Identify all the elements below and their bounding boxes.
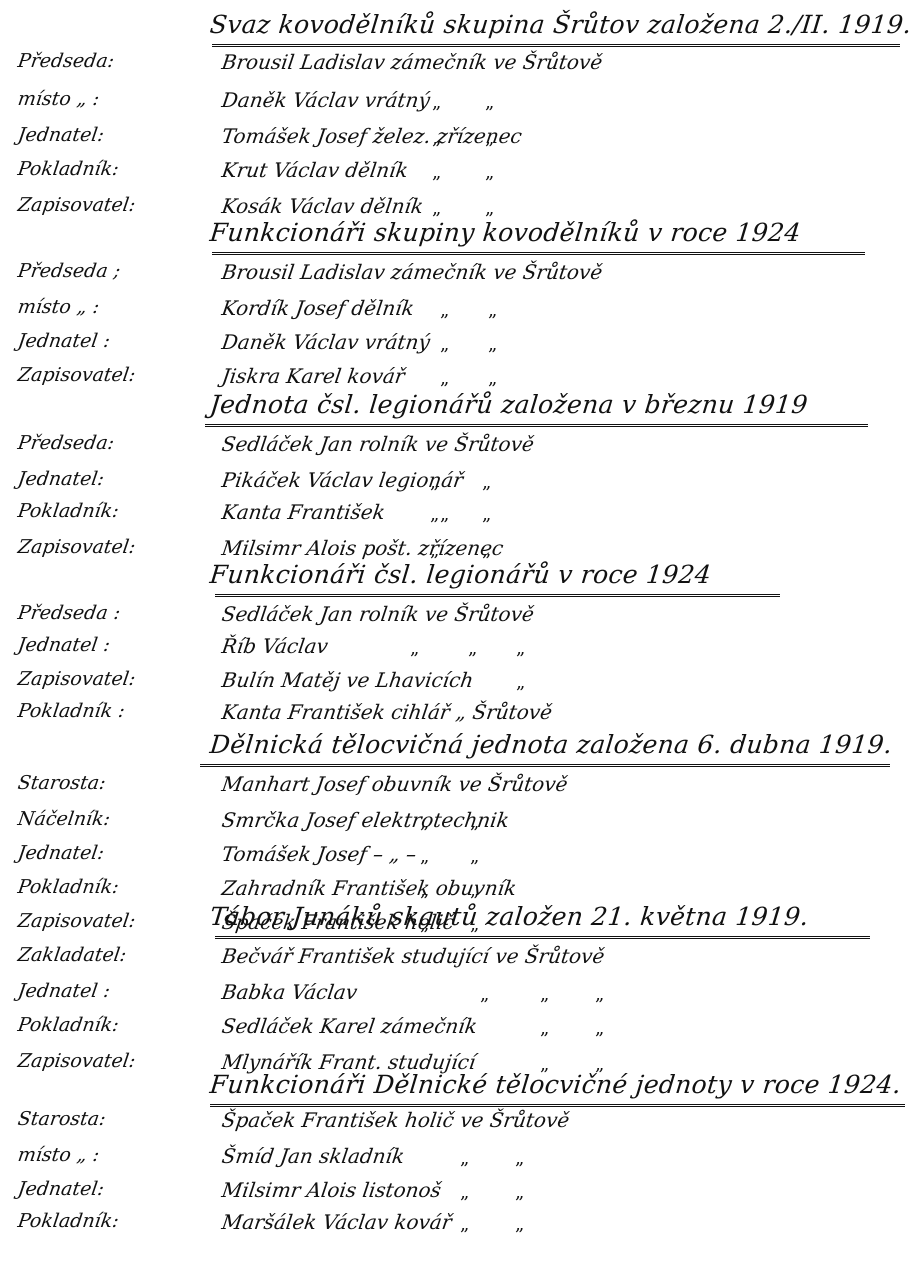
officer-entry: Milsimr Alois listonoš xyxy=(220,1178,442,1202)
officer-row: Zakladatel:Bečvář František studující ve… xyxy=(0,944,914,980)
ditto-mark: „ xyxy=(460,1214,469,1235)
ditto-mark: „ xyxy=(420,846,429,867)
officer-entry: Kordík Josef dělník xyxy=(220,296,415,320)
officer-row: Předseda:Brousil Ladislav zámečník ve Šr… xyxy=(0,50,914,86)
role-label: Předseda : xyxy=(16,602,189,624)
ditto-mark: „ xyxy=(515,1182,524,1203)
role-label: Jednatel: xyxy=(16,124,189,146)
officer-row: Jednatel:Tomášek Josef želez. zřízenec„„ xyxy=(0,124,914,160)
ditto-mark: „ xyxy=(488,368,497,389)
officer-row: Jednatel :Babka Václav„„„ xyxy=(0,980,914,1016)
ditto-mark: „ xyxy=(440,300,449,321)
officer-entry: Sedláček Jan rolník ve Šrůtově xyxy=(220,602,535,626)
role-label: Předseda: xyxy=(16,432,189,454)
role-label: Zapisovatel: xyxy=(16,536,189,558)
role-label: Jednatel: xyxy=(16,468,189,490)
section-heading: Tábor Junáků skautů založen 21. května 1… xyxy=(208,902,810,931)
ditto-mark: „ xyxy=(468,638,477,659)
ditto-mark: „ xyxy=(515,1214,524,1235)
ditto-mark: „ xyxy=(470,846,479,867)
ditto-mark: „ xyxy=(410,638,419,659)
officer-row: Jednatel:Tomášek Josef – „ –„„ xyxy=(0,842,914,878)
officer-entry: Jiskra Karel kovář xyxy=(220,364,406,388)
ditto-mark: „ xyxy=(432,92,441,113)
ditto-mark: „ xyxy=(485,162,494,183)
ditto-mark: „ xyxy=(485,92,494,113)
ditto-mark: „ xyxy=(460,1182,469,1203)
heading-underline xyxy=(215,594,780,600)
ditto-mark: „ xyxy=(482,540,491,561)
role-label: místo „ : xyxy=(16,1144,189,1166)
officer-entry: Tomášek Josef želez. zřízenec xyxy=(220,124,523,148)
role-label: místo „ : xyxy=(16,88,189,110)
role-label: Pokladník : xyxy=(16,700,189,722)
officer-entry: Daněk Václav vrátný xyxy=(220,88,431,112)
ditto-mark: „ xyxy=(540,1018,549,1039)
officer-entry: Říb Václav xyxy=(220,634,329,658)
role-label: Zapisovatel: xyxy=(16,194,189,216)
officer-entry: Bulín Matěj ve Lhavicích xyxy=(220,668,475,692)
role-label: Zapisovatel: xyxy=(16,910,189,932)
ditto-mark: „ xyxy=(540,984,549,1005)
ditto-mark: „ xyxy=(470,880,479,901)
ditto-mark: „ xyxy=(420,812,429,833)
officer-entry: Sedláček Karel zámečník xyxy=(220,1014,478,1038)
ditto-mark: „ xyxy=(482,472,491,493)
officer-entry: Brousil Ladislav zámečník ve Šrůtově xyxy=(220,50,604,74)
role-label: Zapisovatel: xyxy=(16,1050,189,1072)
ditto-mark: „ xyxy=(485,198,494,219)
role-label: Zapisovatel: xyxy=(16,364,189,386)
officer-row: Zapisovatel:Bulín Matěj ve Lhavicích„ xyxy=(0,668,914,704)
officer-row: Náčelník:Smrčka Josef elektrotechnik„„ xyxy=(0,808,914,844)
section-heading: Funkcionáři Dělnické tělocvičné jednoty … xyxy=(208,1070,902,1099)
role-label: Zapisovatel: xyxy=(16,668,189,690)
role-label: Starosta: xyxy=(16,772,189,794)
ditto-mark: „ xyxy=(440,368,449,389)
role-label: Jednatel: xyxy=(16,1178,189,1200)
role-label: Starosta: xyxy=(16,1108,189,1130)
ditto-mark: „ xyxy=(420,880,429,901)
handwritten-page: Svaz kovodělníků skupina Šrůtov založena… xyxy=(0,0,914,1280)
officer-entry: Špaček František holič ve Šrůtově xyxy=(220,1108,571,1132)
officer-entry: Šmíd Jan skladník xyxy=(220,1144,406,1168)
role-label: Pokladník: xyxy=(16,500,189,522)
officer-row: Jednatel :Daněk Václav vrátný„„ xyxy=(0,330,914,366)
officer-entry: Pikáček Václav legionář xyxy=(220,468,464,492)
officer-row: Předseda:Sedláček Jan rolník ve Šrůtově xyxy=(0,432,914,468)
role-label: místo „ : xyxy=(16,296,189,318)
officer-entry: Kosák Václav dělník xyxy=(220,194,425,218)
officer-row: Jednatel:Milsimr Alois listonoš„„ xyxy=(0,1178,914,1214)
officer-row: místo „ :Kordík Josef dělník„„ xyxy=(0,296,914,332)
section-heading: Funkcionáři skupiny kovodělníků v roce 1… xyxy=(208,218,802,247)
officer-row: Pokladník:Kanta František„„„ xyxy=(0,500,914,536)
officer-entry: Tomášek Josef – „ – xyxy=(220,842,418,866)
heading-underline xyxy=(212,252,865,258)
ditto-mark: „ xyxy=(482,504,491,525)
officer-entry: Kanta František cihlář „ Šrůtově xyxy=(220,700,553,724)
ditto-mark: „ xyxy=(515,1148,524,1169)
ditto-mark: „ xyxy=(430,472,439,493)
role-label: Jednatel : xyxy=(16,330,189,352)
role-label: Jednatel : xyxy=(16,634,189,656)
ditto-mark: „ xyxy=(430,540,439,561)
ditto-mark: „ xyxy=(440,504,449,525)
officer-row: Předseda ;Brousil Ladislav zámečník ve Š… xyxy=(0,260,914,296)
officer-entry: Milsimr Alois pošt. zřízenec xyxy=(220,536,505,560)
officer-row: Jednatel :Říb Václav„„„ xyxy=(0,634,914,670)
officer-entry: Babka Václav xyxy=(220,980,359,1004)
ditto-mark: „ xyxy=(488,334,497,355)
role-label: Pokladník: xyxy=(16,158,189,180)
role-label: Předseda: xyxy=(16,50,189,72)
ditto-mark: „ xyxy=(488,300,497,321)
section-heading: Jednota čsl. legionářů založena v březnu… xyxy=(208,390,809,419)
heading-underline xyxy=(215,936,870,942)
ditto-mark: „ xyxy=(470,812,479,833)
section-heading: Svaz kovodělníků skupina Šrůtov založena… xyxy=(208,10,913,39)
officer-row: Pokladník:Maršálek Václav kovář„„ xyxy=(0,1210,914,1246)
role-label: Pokladník: xyxy=(16,876,189,898)
officer-row: Starosta:Špaček František holič ve Šrůto… xyxy=(0,1108,914,1144)
heading-underline xyxy=(205,424,868,430)
ditto-mark: „ xyxy=(430,504,439,525)
role-label: Jednatel : xyxy=(16,980,189,1002)
ditto-mark: „ xyxy=(440,334,449,355)
officer-entry: Bečvář František studující ve Šrůtově xyxy=(220,944,606,968)
officer-entry: Smrčka Josef elektrotechnik xyxy=(220,808,510,832)
officer-entry: Brousil Ladislav zámečník ve Šrůtově xyxy=(220,260,604,284)
officer-row: místo „ :Daněk Václav vrátný„„ xyxy=(0,88,914,124)
ditto-mark: „ xyxy=(432,162,441,183)
ditto-mark: „ xyxy=(460,1148,469,1169)
role-label: Náčelník: xyxy=(16,808,189,830)
ditto-mark: „ xyxy=(595,1018,604,1039)
officer-row: Starosta:Manhart Josef obuvník ve Šrůtov… xyxy=(0,772,914,808)
role-label: Jednatel: xyxy=(16,842,189,864)
officer-row: Jednatel:Pikáček Václav legionář„„ xyxy=(0,468,914,504)
officer-entry: Sedláček Jan rolník ve Šrůtově xyxy=(220,432,535,456)
officer-row: místo „ :Šmíd Jan skladník„„ xyxy=(0,1144,914,1180)
ditto-mark: „ xyxy=(516,672,525,693)
officer-entry: Daněk Václav vrátný xyxy=(220,330,431,354)
ditto-mark: „ xyxy=(516,638,525,659)
role-label: Pokladník: xyxy=(16,1014,189,1036)
role-label: Zakladatel: xyxy=(16,944,189,966)
officer-row: Předseda :Sedláček Jan rolník ve Šrůtově xyxy=(0,602,914,638)
section-heading: Funkcionáři čsl. legionářů v roce 1924 xyxy=(208,560,712,589)
ditto-mark: „ xyxy=(432,128,441,149)
ditto-mark: „ xyxy=(432,198,441,219)
officer-row: Pokladník:Krut Václav dělník„„ xyxy=(0,158,914,194)
ditto-mark: „ xyxy=(480,984,489,1005)
officer-entry: Maršálek Václav kovář xyxy=(220,1210,453,1234)
section-heading: Dělnická tělocvičná jednota založena 6. … xyxy=(208,730,893,759)
officer-row: Pokladník:Sedláček Karel zámečník„„ xyxy=(0,1014,914,1050)
officer-entry: Kanta František xyxy=(220,500,386,524)
ditto-mark: „ xyxy=(485,128,494,149)
officer-entry: Krut Václav dělník xyxy=(220,158,409,182)
heading-underline xyxy=(200,764,890,770)
role-label: Předseda ; xyxy=(16,260,189,282)
ditto-mark: „ xyxy=(595,984,604,1005)
role-label: Pokladník: xyxy=(16,1210,189,1232)
officer-entry: Manhart Josef obuvník ve Šrůtově xyxy=(220,772,569,796)
